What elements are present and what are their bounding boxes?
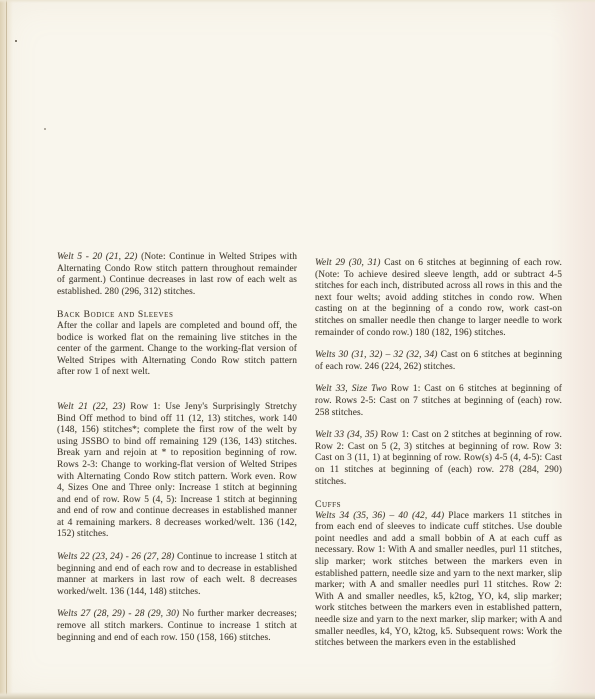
page-left-edge-line (6, 0, 7, 699)
welt-range-label: Welt 33 (34, 35) (315, 430, 378, 440)
welt-range-label: Welt 29 (30, 31) (315, 258, 381, 268)
welt-range-label: Welts 30 (31, 32) – 32 (32, 34) (315, 350, 437, 360)
text-column-left: Welt 5 - 20 (21, 22) (Note: Continue in … (57, 252, 297, 644)
paragraph-welts-34-40: Welts 34 (35, 36) – 40 (42, 44) Place ma… (315, 511, 562, 650)
scan-speck (44, 128, 46, 130)
paragraph-body: After the collar and lapels are complete… (57, 321, 297, 377)
welt-range-label: Welt 5 - 20 (21, 22) (57, 252, 137, 262)
paragraph-welt-21: Welt 21 (22, 23) Row 1: Use Jeny's Surpr… (57, 402, 297, 541)
paragraph-welts-22-26: Welts 22 (23, 24) - 26 (27, 28) Continue… (57, 552, 297, 598)
page-top-edge-shadow (0, 0, 595, 3)
welt-range-label: Welts 34 (35, 36) – 40 (42, 44) (315, 511, 444, 521)
paragraph-welt-5-20: Welt 5 - 20 (21, 22) (Note: Continue in … (57, 252, 297, 298)
scanned-book-page: Welt 5 - 20 (21, 22) (Note: Continue in … (0, 0, 595, 699)
welt-range-label: Welts 22 (23, 24) - 26 (27, 28) (57, 552, 174, 562)
paragraph-body: Place markers 11 stitches in from each e… (315, 511, 562, 649)
page-bottom-edge-shadow (0, 692, 595, 699)
paragraph-welt-33-34-35: Welt 33 (34, 35) Row 1: Cast on 2 stitch… (315, 430, 562, 488)
paragraph-welts-30-32: Welts 30 (31, 32) – 32 (32, 34) Cast on … (315, 350, 562, 373)
section-heading-cuffs: Cuffs (315, 499, 562, 511)
paragraph-body: Row 1: Use Jeny's Surprisingly Stretchy … (57, 402, 297, 540)
scan-speck (15, 40, 17, 42)
paragraph-welt-29: Welt 29 (30, 31) Cast on 6 stitches at b… (315, 258, 562, 339)
welt-range-label: Welt 21 (22, 23) (57, 402, 126, 412)
paragraph-body: Cast on 6 stitches at beginning of each … (315, 258, 562, 338)
section-heading-back-bodice-and-sleeves: Back Bodice and Sleeves (57, 309, 297, 321)
welt-range-label: Welts 27 (28, 29) - 28 (29, 30) (57, 609, 179, 619)
text-column-right: Welt 29 (30, 31) Cast on 6 stitches at b… (315, 258, 562, 650)
paragraph-welts-27-28: Welts 27 (28, 29) - 28 (29, 30) No furth… (57, 609, 297, 644)
paragraph-back-bodice-intro: After the collar and lapels are complete… (57, 321, 297, 379)
welt-range-label: Welt 33, Size Two (315, 384, 387, 394)
paragraph-welt-33-size-two: Welt 33, Size Two Row 1: Cast on 6 stitc… (315, 384, 562, 419)
